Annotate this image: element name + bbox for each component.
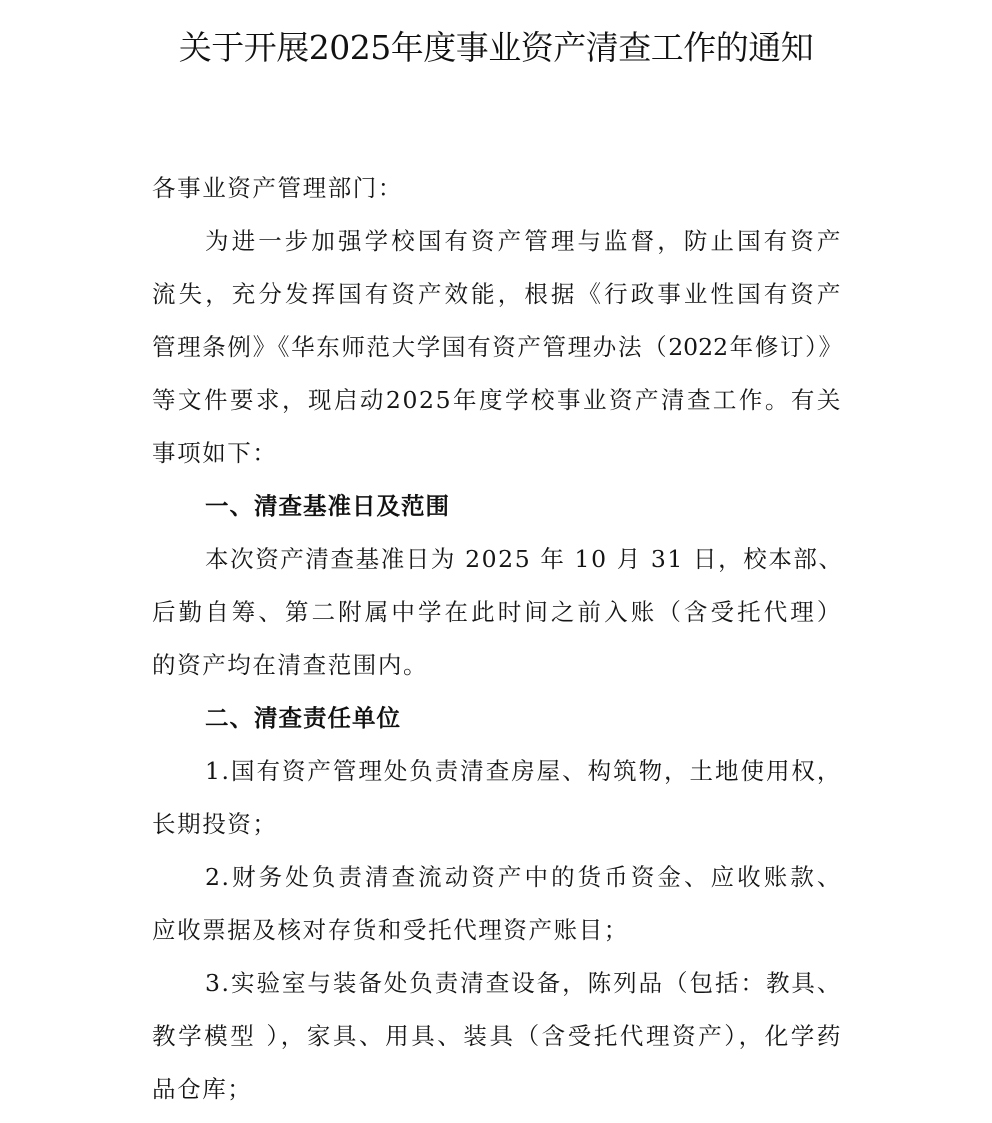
section-line: 后勤自筹、第二附属中学在此时间之前入账（含受托代理） <box>152 596 842 628</box>
list-item-line: 长期投资； <box>152 808 842 840</box>
document-title: 关于开展2025年度事业资产清查工作的通知 <box>0 24 992 72</box>
list-item-line: 3.实验室与装备处负责清查设备，陈列品（包括：教具、 <box>205 967 842 999</box>
list-item-line: 2.财务处负责清查流动资产中的货币资金、应收账款、 <box>205 861 842 893</box>
list-item-line: 教学模型 ），家具、用具、装具（含受托代理资产），化学药 <box>152 1020 842 1052</box>
salutation: 各事业资产管理部门： <box>152 172 842 204</box>
list-item-line: 1.国有资产管理处负责清查房屋、构筑物，土地使用权， <box>205 755 842 787</box>
list-item-line: 应收票据及核对存货和受托代理资产账目； <box>152 914 842 946</box>
intro-line: 为进一步加强学校国有资产管理与监督，防止国有资产 <box>205 225 842 257</box>
list-item-line: 品仓库； <box>152 1073 842 1105</box>
intro-line: 事项如下： <box>152 437 842 469</box>
section-heading: 一、清查基准日及范围 <box>205 490 842 522</box>
section-line: 的资产均在清查范围内。 <box>152 649 842 681</box>
section-line: 本次资产清查基准日为 2025 年 10 月 31 日，校本部、 <box>205 543 842 575</box>
section-heading: 二、清查责任单位 <box>205 702 842 734</box>
intro-line: 等文件要求，现启动2025年度学校事业资产清查工作。有关 <box>152 384 842 416</box>
intro-line: 流失，充分发挥国有资产效能，根据《行政事业性国有资产 <box>152 278 842 310</box>
intro-line: 管理条例》《华东师范大学国有资产管理办法（2022年修订）》 <box>152 331 842 363</box>
